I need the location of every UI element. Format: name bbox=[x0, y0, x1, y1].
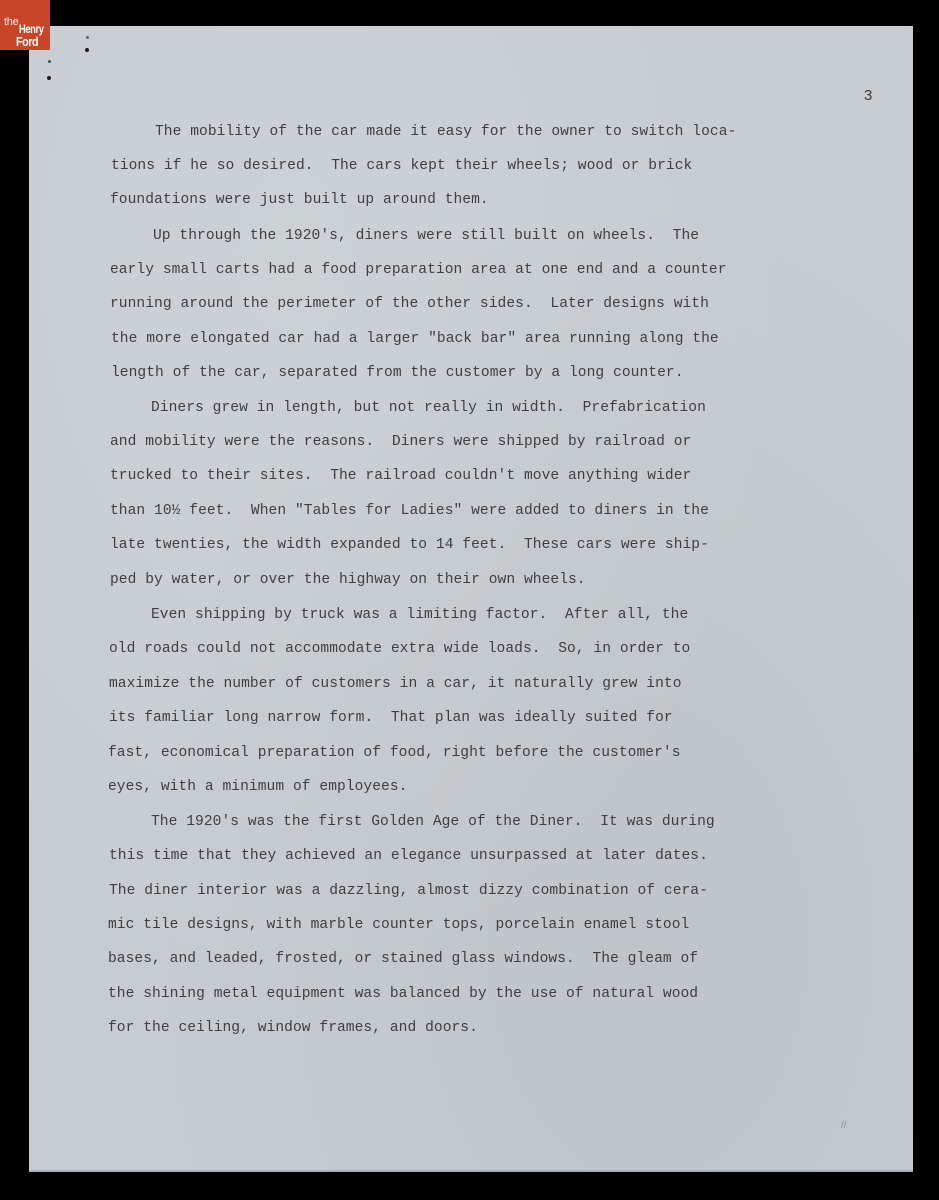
text-line: the shining metal equipment was balanced… bbox=[108, 986, 698, 1002]
text-line: The mobility of the car made it easy for… bbox=[155, 124, 736, 140]
text-line: running around the perimeter of the othe… bbox=[110, 296, 709, 312]
logo-the: the bbox=[4, 17, 18, 28]
text-line: mic tile designs, with marble counter to… bbox=[108, 917, 689, 933]
punch-hole-icon bbox=[85, 48, 89, 52]
pencil-mark: // bbox=[841, 1120, 847, 1134]
text-line: ped by water, or over the highway on the… bbox=[110, 572, 586, 588]
text-line: Even shipping by truck was a limiting fa… bbox=[151, 607, 688, 623]
text-line: trucked to their sites. The railroad cou… bbox=[110, 468, 691, 484]
text-line: and mobility were the reasons. Diners we… bbox=[110, 434, 691, 450]
text-line: this time that they achieved an elegance… bbox=[109, 848, 708, 864]
punch-hole-icon bbox=[86, 36, 89, 39]
punch-hole-icon bbox=[47, 76, 51, 80]
text-line: length of the car, separated from the cu… bbox=[111, 365, 684, 381]
text-line: late twenties, the width expanded to 14 … bbox=[110, 537, 709, 553]
text-line: old roads could not accommodate extra wi… bbox=[109, 641, 690, 657]
text-line: The diner interior was a dazzling, almos… bbox=[109, 883, 708, 899]
text-line: eyes, with a minimum of employees. bbox=[108, 779, 407, 795]
text-line: bases, and leaded, frosted, or stained g… bbox=[108, 951, 698, 967]
text-line: tions if he so desired. The cars kept th… bbox=[111, 158, 692, 174]
text-line: its familiar long narrow form. That plan… bbox=[109, 710, 673, 726]
text-line: early small carts had a food preparation… bbox=[110, 262, 727, 278]
text-line: than 10½ feet. When "Tables for Ladies" … bbox=[110, 503, 709, 519]
text-line: foundations were just built up around th… bbox=[110, 192, 489, 208]
text-line: Diners grew in length, but not really in… bbox=[151, 400, 706, 416]
text-line: for the ceiling, window frames, and door… bbox=[108, 1020, 478, 1036]
logo-ford: Ford bbox=[16, 35, 38, 48]
text-line: The 1920's was the first Golden Age of t… bbox=[151, 814, 715, 830]
text-line: the more elongated car had a larger "bac… bbox=[111, 331, 719, 347]
text-line: Up through the 1920's, diners were still… bbox=[153, 228, 699, 244]
page-number: 3 bbox=[864, 87, 872, 104]
the-henry-ford-logo: the Henry Ford bbox=[0, 0, 50, 50]
text-line: maximize the number of customers in a ca… bbox=[109, 676, 682, 692]
punch-hole-icon bbox=[48, 60, 51, 63]
text-line: fast, economical preparation of food, ri… bbox=[108, 745, 681, 761]
